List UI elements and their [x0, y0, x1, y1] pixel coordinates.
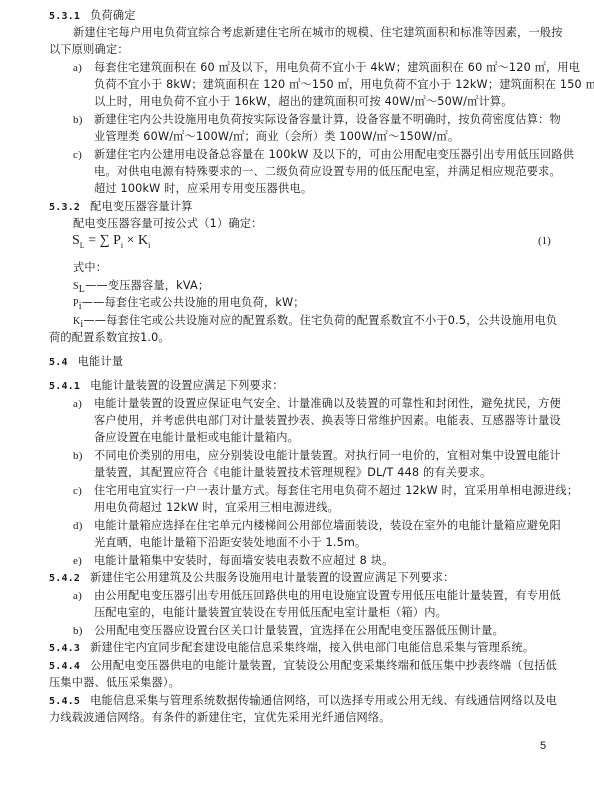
equation-number: (1) — [538, 235, 551, 247]
list-item-cont: 备应设置在电能计量柜或电能计量箱内。 — [94, 430, 299, 446]
list-item-a: a)每套住宅建筑面积在 60 ㎡及以下，用电负荷不宜小于 4kW；建筑面积在 6… — [73, 60, 580, 76]
paragraph: 配电变压器容量可按公式（1）确定： — [73, 216, 263, 232]
list-item-cont: 业管理类 60W/㎡～100W/㎡；商业（会所）类 100W/㎡～150W/㎡。 — [94, 129, 459, 145]
list-item-cont: 用电负荷超过 12kW 时，宜采用三相电源进线。 — [94, 500, 339, 516]
paragraph-cont: 力线载波通信网络。有条件的新建住宅，宜优先采用光纤通信网络。 — [49, 710, 391, 726]
section-heading-5-4-2: 5.4.2新建住宅公用建筑及公共服务设施用电计量装置的设置应满足下列要求： — [49, 570, 455, 587]
list-item-cont: 压配电室的，电能计量装置宜装设在专用低压配电室计量柜（箱）内。 — [94, 605, 447, 621]
list-item-b: b)新建住宅内公共设施用电负荷按实际设备容量计算，设备容量不明确时，按负荷密度估… — [73, 112, 561, 128]
paragraph: 新建住宅每户用电负荷宜综合考虑新建住宅所在城市的规模、住宅建筑面积和标准等因素，… — [73, 25, 563, 41]
paragraph-cont: 压集中器、低压采集器）。 — [49, 675, 180, 691]
document-page: 5.3.1负荷确定 新建住宅每户用电负荷宜综合考虑新建住宅所在城市的规模、住宅建… — [0, 0, 594, 792]
list-item-cont: 光直晒，电能计量箱下沿距安装处地面不小于 1.5m。 — [94, 535, 366, 551]
list-item-b: b)公用配电变压器应设置台区关口计量装置，宜选择在公用配电变压器低压侧计量。 — [73, 623, 504, 639]
list-item-cont: 以上时，用电负荷不宜小于 16kW，超出的建筑面积可按 40W/㎡～50W/㎡计… — [94, 94, 513, 110]
section-5-4-3: 5.4.3新建住宅内宜同步配套建设电能信息采集终端，接入供电部门电能信息采集与管… — [49, 640, 534, 657]
list-item-e: e)电能计量箱集中安装时，每面墙安装电表数不应超过 8 块。 — [73, 553, 394, 569]
list-item-cont: 客户使用，并考虑供电部门对计量装置抄表、换表等日常维护因素。电能表、互感器等计量… — [94, 413, 561, 429]
section-5-4-5: 5.4.5电能信息采集与管理系统数据传输通信网络，可以选择专用或公用无线、有线通… — [49, 693, 557, 710]
section-heading-5-4: 5.4电能计量 — [49, 354, 123, 371]
section-heading-5-3-2: 5.3.2配电变压器容量计算 — [49, 199, 193, 216]
formula: SL = ∑ Pi × Ki — [72, 232, 150, 255]
section-heading-5-3-1: 5.3.1负荷确定 — [49, 8, 136, 25]
list-item-cont: 超过 100kW 时，应采用专用变压器供电。 — [94, 181, 312, 197]
list-item-cont: 负荷不宜小于 8kW；建筑面积在 120 ㎡～150 ㎡，用电负荷不宜小于 12… — [94, 77, 594, 93]
list-item-a: a)由公用配电变压器引出专用低压回路供电的用电设施宜设置专用低压电能计量装置，有… — [73, 588, 561, 604]
definition-cont: 荷的配置系数宜按1.0。 — [49, 330, 170, 346]
list-item-cont: 电。对供电电源有特殊要求的一、二级负荷应设置专用的低压配电室，并满足相应规范要求… — [94, 164, 561, 180]
where-label: 式中： — [73, 260, 107, 276]
section-number: 5.3.1 — [49, 11, 80, 22]
section-title: 负荷确定 — [90, 9, 136, 22]
list-item-c: c)新建住宅内公建用电设备总容量在 100kW 及以下的，可由公用配电变压器引出… — [73, 147, 574, 163]
list-item-c: c)住宅用电宜实行一户一表计量方式。每套住宅用电负荷不超过 12kW 时，宜采用… — [73, 483, 578, 499]
list-item-d: d)电能计量箱应选择在住宅单元内楼梯间公用部位墙面装设，装设在室外的电能计量箱应… — [73, 518, 561, 534]
list-item-a: a)电能计量装置的设置应保证电气安全、计量准确以及装置的可靠性和封闭性，避免扰民… — [73, 396, 561, 412]
paragraph-cont: 以下原则确定： — [49, 42, 129, 58]
list-item-cont: 量装置，其配置应符合《电能计量装置技术管理规程》DL/T 448 的有关要求。 — [94, 465, 491, 481]
page-number: 5 — [540, 740, 546, 752]
section-heading-5-4-1: 5.4.1电能计量装置的设置应满足下列要求： — [49, 378, 284, 395]
section-5-4-4: 5.4.4公用配电变压器供电的电能计量装置，宜装设公用配变采集终端和低压集中抄表… — [49, 658, 557, 675]
list-item-b: b)不同电价类别的用电，应分别装设电能计量装置。对执行同一电价的，宜相对集中设置… — [73, 448, 561, 464]
